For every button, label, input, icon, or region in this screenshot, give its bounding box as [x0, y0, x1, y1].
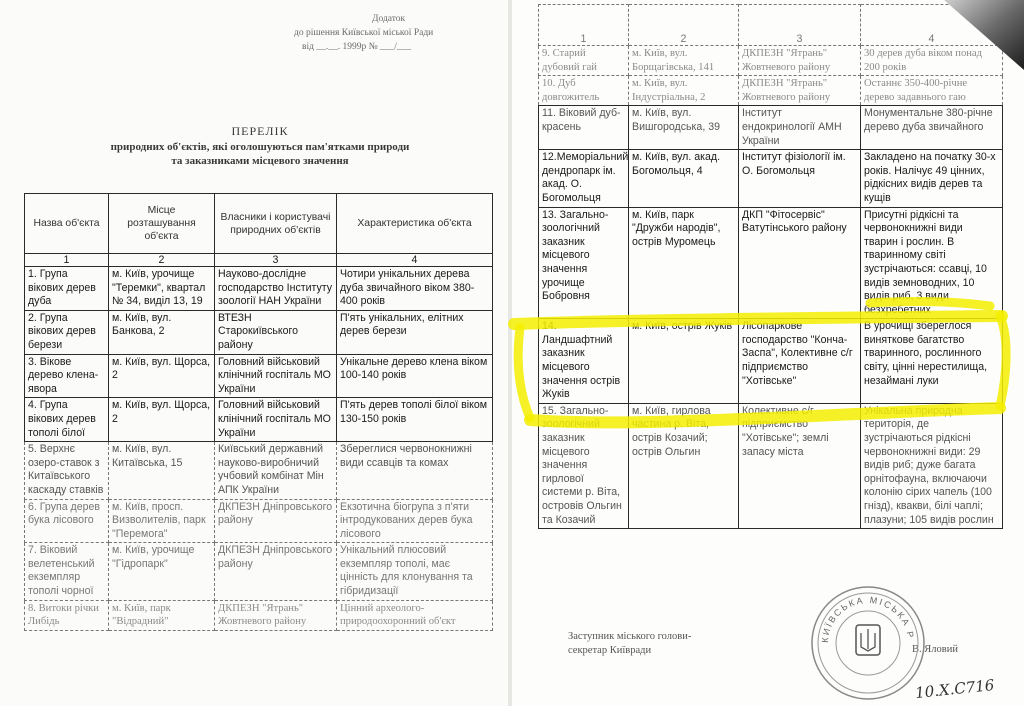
cell-location: м. Київ, парк "Відрадний"	[109, 600, 215, 630]
cell-description: Унікальний плюсовий екземпляр тополі, ма…	[337, 543, 493, 600]
cell-location: м. Київ, вул. Вишгородська, 39	[629, 106, 739, 150]
cell-owner: ДКПЕЗН "Ятрань" Жовтневого району	[739, 46, 861, 76]
cell-name: 12.Меморіальний дендропарк ім. акад. О. …	[539, 150, 629, 207]
cell-owner: ДКПЕЗН Дніпровського району	[215, 543, 337, 600]
cell-description: П'ять унікальних, елітних дерев берези	[337, 310, 493, 354]
table-row: 8. Витоки річки Либідьм. Київ, парк "Від…	[25, 600, 493, 630]
appendix-header: Додаток до рішення Київської міської Рад…	[262, 12, 472, 54]
svg-text:КИЇВСЬКА МІСЬКА РАДА: КИЇВСЬКА МІСЬКА РАДА	[808, 583, 916, 643]
table-row: 9. Старий дубовий гайм. Київ, вул. Борща…	[539, 46, 1003, 76]
column-number-row: 1 2 3 4	[25, 254, 493, 267]
appendix-line-1: Додаток	[262, 12, 472, 26]
cell-description: Останнє 350-400-річне дерево задавнього …	[861, 76, 1003, 106]
table-row: 5. Верхнє озеро-ставок з Китаївського ка…	[25, 442, 493, 499]
table-row: 13. Загально-зоологічний заказник місцев…	[539, 207, 1003, 319]
header-description: Характеристика об'єкта	[337, 194, 493, 254]
column-number: 3	[215, 254, 337, 267]
document-title: ПЕРЕЛІК природних об'єктів, які оголошую…	[60, 124, 460, 167]
table-row: 11. Віковий дуб-красеньм. Київ, вул. Виш…	[539, 106, 1003, 150]
cell-location: м. Київ, урочище "Гідропарк"	[109, 543, 215, 600]
table-body-right: 9. Старий дубовий гайм. Київ, вул. Борща…	[539, 46, 1003, 529]
objects-table-right: 1 2 3 4 9. Старий дубовий гайм. Київ, ву…	[538, 4, 1003, 529]
header-name: Назва об'єкта	[25, 194, 109, 254]
cell-owner: ВТЕЗН Старокиївського району	[215, 310, 337, 354]
table-row: 4. Група вікових дерев тополі білоїм. Ки…	[25, 398, 493, 442]
cell-description: П'ять дерев тополі білої віком 130-150 р…	[337, 398, 493, 442]
cell-owner: Головний військовий клінічний госпіталь …	[215, 398, 337, 442]
cell-name: 1. Група вікових дерев дуба	[25, 267, 109, 311]
column-number: 3	[739, 5, 861, 46]
cell-name: 14. Ландшафтний заказник місцевого значе…	[539, 319, 629, 404]
column-number: 4	[337, 254, 493, 267]
cell-owner: ДКП "Фітосервіс" Ватутінського району	[739, 207, 861, 319]
page-gutter	[508, 0, 512, 706]
cell-description: Закладено на початку 30-х років. Налічує…	[861, 150, 1003, 207]
table-body-left: 1. Група вікових дерев дубам. Київ, уроч…	[25, 267, 493, 631]
cell-description: Чотири унікальних дерева дуба звичайного…	[337, 267, 493, 311]
cell-name: 13. Загально-зоологічний заказник місцев…	[539, 207, 629, 319]
cell-name: 5. Верхнє озеро-ставок з Китаївського ка…	[25, 442, 109, 499]
cell-location: м. Київ, гирлова частина р. Віта, острів…	[629, 403, 739, 528]
cell-location: м. Київ, вул. Щорса, 2	[109, 398, 215, 442]
cell-name: 9. Старий дубовий гай	[539, 46, 629, 76]
cell-description: Збереглися червонокнижні види ссавців та…	[337, 442, 493, 499]
cell-owner: ДКПЕЗН "Ятрань" Жовтневого району	[215, 600, 337, 630]
cell-description: Монументальне 380-річне дерево дуба звич…	[861, 106, 1003, 150]
objects-table-left: Назва об'єкта Місце розташування об'єкта…	[24, 193, 493, 631]
cell-description: Унікальне дерево клена віком 100-140 рок…	[337, 354, 493, 398]
table-row: 7. Віковий велетенський екземпляр тополі…	[25, 543, 493, 600]
cell-name: 10. Дуб довгожитель	[539, 76, 629, 106]
cell-name: 11. Віковий дуб-красень	[539, 106, 629, 150]
table-row: 6. Група дерев бука лісовогом. Київ, про…	[25, 499, 493, 543]
cell-location: м. Київ, острів Жуків	[629, 319, 739, 404]
table-row: 2. Група вікових дерев березим. Київ, ву…	[25, 310, 493, 354]
cell-location: м. Київ, вул. акад. Богомольця, 4	[629, 150, 739, 207]
title-line-2: та заказниками місцевого значення	[60, 155, 460, 167]
column-number: 1	[25, 254, 109, 267]
cell-name: 4. Група вікових дерев тополі білої	[25, 398, 109, 442]
column-number: 1	[539, 5, 629, 46]
column-number: 2	[109, 254, 215, 267]
cell-location: м. Київ, вул. Щорса, 2	[109, 354, 215, 398]
appendix-line-2: до рішення Київської міської Ради	[262, 26, 472, 40]
cell-location: м. Київ, урочище "Теремки", квартал № 34…	[109, 267, 215, 311]
cell-owner: Інститут ендокринології АМН України	[739, 106, 861, 150]
cell-description: Екзотична біогрупа з п'яти інтродуковани…	[337, 499, 493, 543]
cell-description: Цінний археолого-природоохоронний об'єкт	[337, 600, 493, 630]
signature-title: Заступник міського голови- секретар Київ…	[568, 630, 691, 658]
cell-location: м. Київ, парк "Дружби народів", острів М…	[629, 207, 739, 319]
column-number: 2	[629, 5, 739, 46]
cell-owner: Науково-дослідне господарство Інституту …	[215, 267, 337, 311]
cell-name: 3. Вікове дерево клена-явора	[25, 354, 109, 398]
cell-name: 15. Загально-зоологічний заказник місцев…	[539, 403, 629, 528]
cell-location: м. Київ, вул. Банкова, 2	[109, 310, 215, 354]
table-row: 10. Дуб довгожительм. Київ, вул. Індустр…	[539, 76, 1003, 106]
title-heading: ПЕРЕЛІК	[60, 124, 460, 139]
cell-name: 6. Група дерев бука лісового	[25, 499, 109, 543]
table-row: 12.Меморіальний дендропарк ім. акад. О. …	[539, 150, 1003, 207]
cell-location: м. Київ, вул. Борщагівська, 141	[629, 46, 739, 76]
cell-name: 8. Витоки річки Либідь	[25, 600, 109, 630]
cell-owner: ДКПЕЗН Дніпровського району	[215, 499, 337, 543]
cell-owner: Інститут фізіології ім. О. Богомольця	[739, 150, 861, 207]
cell-name: 2. Група вікових дерев берези	[25, 310, 109, 354]
cell-owner: ДКПЕЗН "Ятрань" Жовтневого району	[739, 76, 861, 106]
cell-location: м. Київ, вул. Індустріальна, 2	[629, 76, 739, 106]
cell-owner: Київський державний науково-виробничий у…	[215, 442, 337, 499]
title-line-1: природних об'єктів, які оголошуються пам…	[60, 141, 460, 153]
column-number-row: 1 2 3 4	[539, 5, 1003, 46]
cell-location: м. Київ, вул. Китаївська, 15	[109, 442, 215, 499]
official-seal-icon: КИЇВСЬКА МІСЬКА РАДА	[808, 583, 928, 703]
cell-owner: Колективне с/г підприємство "Хотівське";…	[739, 403, 861, 528]
table-row: 15. Загально-зоологічний заказник місцев…	[539, 403, 1003, 528]
table-row: 1. Група вікових дерев дубам. Київ, уроч…	[25, 267, 493, 311]
page-corner-shadow	[944, 0, 1024, 70]
table-row: 3. Вікове дерево клена-яворам. Київ, вул…	[25, 354, 493, 398]
cell-owner: Головний військовий клінічний госпіталь …	[215, 354, 337, 398]
table-header-row: Назва об'єкта Місце розташування об'єкта…	[25, 194, 493, 254]
cell-location: м. Київ, просп. Визволителів, парк "Пере…	[109, 499, 215, 543]
appendix-line-3: від __.__. 1999р № ___/___	[262, 40, 472, 54]
header-owner: Власники і користувачі природних об'єкті…	[215, 194, 337, 254]
signature-title-line-2: секретар Київради	[568, 644, 691, 658]
header-location: Місце розташування об'єкта	[109, 194, 215, 254]
cell-description: Унікальна природна територія, де зустріч…	[861, 403, 1003, 528]
cell-owner: Лісопаркове господарство "Конча-Заспа", …	[739, 319, 861, 404]
cell-description: В урочищі збереглося виняткове багатство…	[861, 319, 1003, 404]
cell-description: Присутні рідкісні та червонокнижні види …	[861, 207, 1003, 319]
signature-title-line-1: Заступник міського голови-	[568, 630, 691, 644]
table-row: 14. Ландшафтний заказник місцевого значе…	[539, 319, 1003, 404]
cell-name: 7. Віковий велетенський екземпляр тополі…	[25, 543, 109, 600]
